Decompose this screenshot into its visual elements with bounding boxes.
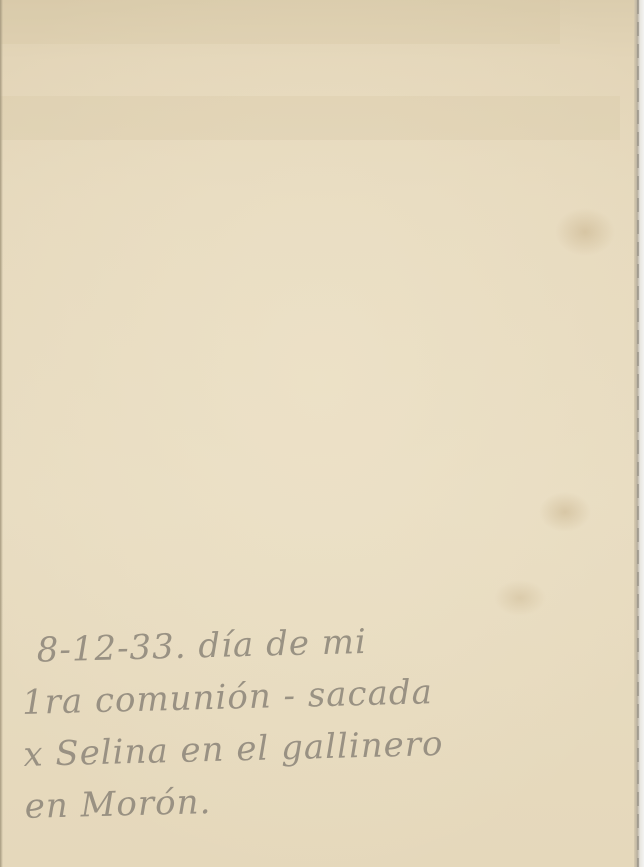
photo-back-paper: 8-12-33. día de mi 1ra comunión - sacada…: [0, 0, 636, 867]
deckled-right-edge: [634, 0, 644, 867]
scan-band: [0, 0, 560, 44]
left-edge: [0, 0, 3, 867]
scan-band: [0, 96, 620, 140]
handwritten-inscription: 8-12-33. día de mi 1ra comunión - sacada…: [20, 610, 615, 833]
